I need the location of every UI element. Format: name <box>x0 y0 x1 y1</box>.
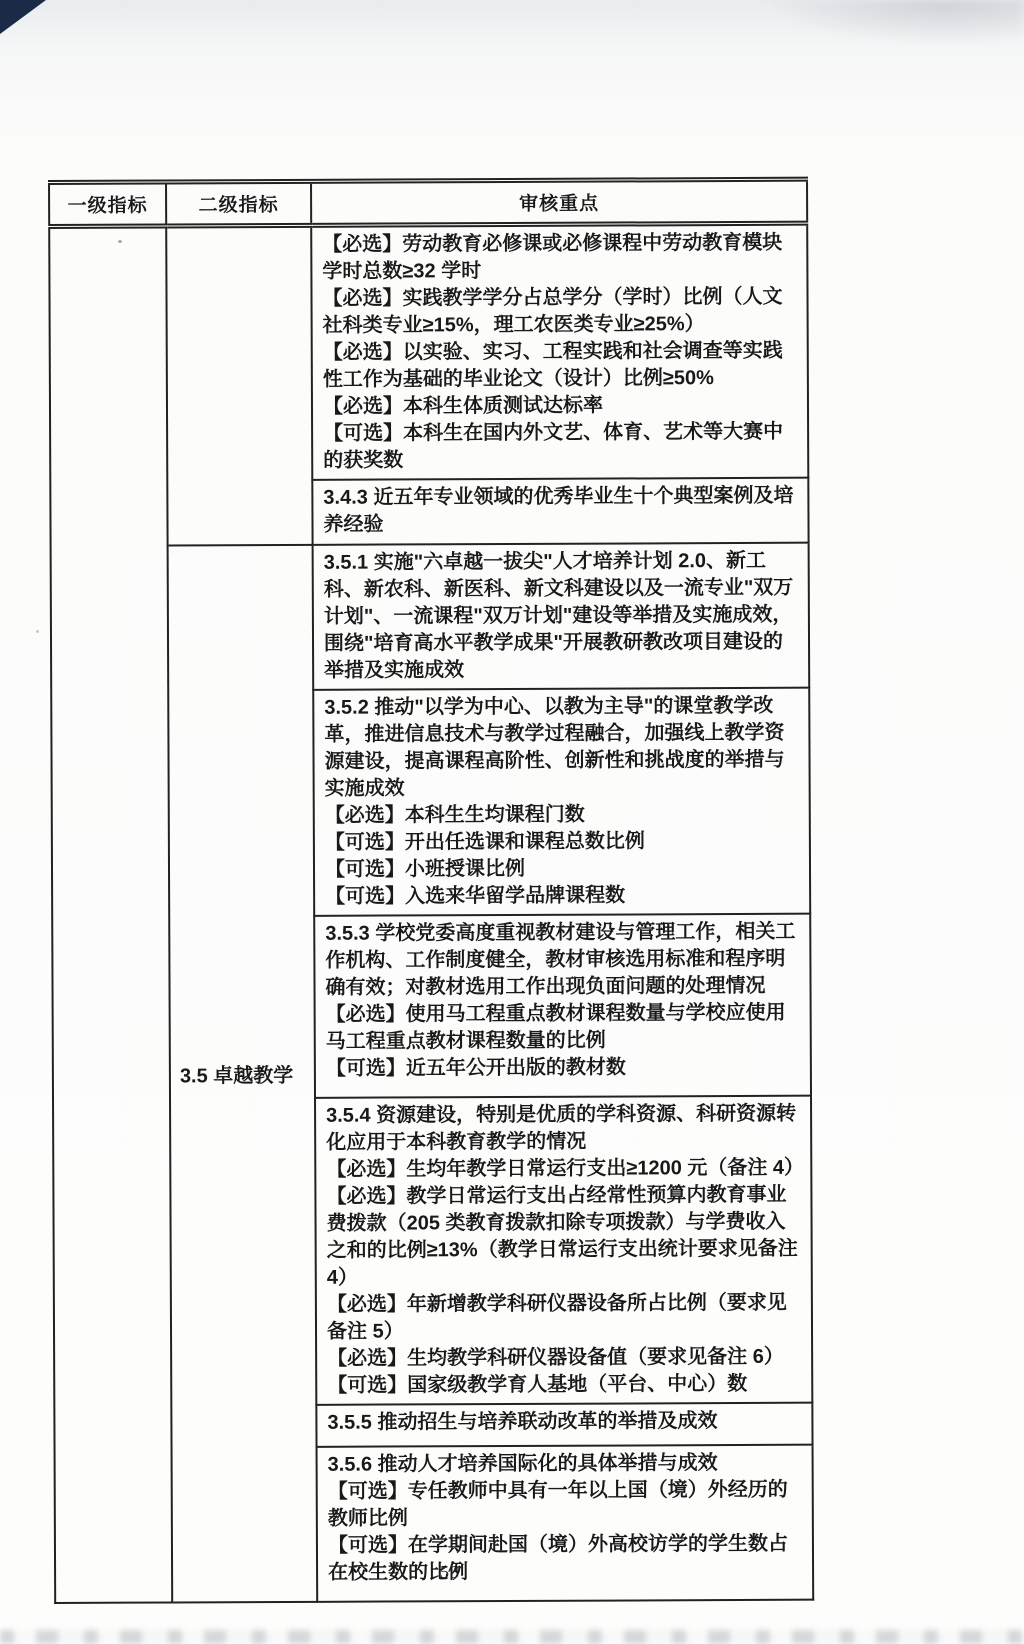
review-item: 【必选】使用马工程重点教材课程数量与学校应使用马工程重点教材课程数量的比例 <box>326 1000 802 1056</box>
review-focus-cell: 3.4.3 近五年专业领域的优秀毕业生十个典型案例及培养经验 <box>312 478 808 545</box>
review-focus-cell: 3.5.6 推动人才培养国际化的具体举措与成效 【可选】专任教师中具有一年以上国… <box>317 1445 814 1602</box>
table-header-row: 一级指标 二级指标 审核重点 <box>49 179 807 226</box>
review-item: 3.4.3 近五年专业领域的优秀毕业生十个典型案例及培养经验 <box>323 483 799 539</box>
review-item: 3.5.1 实施"六卓越一拔尖"人才培养计划 2.0、新工科、新农科、新医科、新… <box>324 548 801 685</box>
review-item: 3.5.5 推动招生与培养联动改革的举措及成效 <box>327 1408 803 1437</box>
table-row: 【必选】劳动教育必修课或必修课程中劳动教育模块学时总数≥32 学时 【必选】实践… <box>49 223 808 481</box>
page-number: 53 <box>430 1562 470 1583</box>
review-item: 【可选】近五年公开出版的教材数 <box>326 1054 802 1083</box>
review-item: 【可选】入选来华留学品牌课程数 <box>325 882 801 911</box>
review-item: 【可选】本科生在国内外文艺、体育、艺术等大赛中的获奖数 <box>323 419 799 475</box>
secondary-indicator-cell-3-5: 3.5 卓越教学 <box>168 545 318 1603</box>
review-item: 【必选】本科生生均课程门数 <box>325 801 801 830</box>
review-item: 【必选】实践教学学分占总学分（学时）比例（人文社科类专业≥15%，理工农医类专业… <box>322 284 798 340</box>
review-item: 【可选】国家级教学育人基地（平台、中心）数 <box>327 1371 803 1400</box>
review-item: 【可选】专任教师中具有一年以上国（境）外经历的教师比例 <box>328 1477 804 1533</box>
review-item: 3.5.4 资源建设，特别是优质的学科资源、科研资源转化应用于本科教育教学的情况 <box>326 1101 802 1157</box>
review-item: 【必选】以实验、实习、工程实践和社会调查等实践性工作为基础的毕业论文（设计）比例… <box>323 338 799 394</box>
evaluation-indicator-table: 一级指标 二级指标 审核重点 【必选】劳动教育必修课或必修课程中劳动教育模块学时… <box>48 177 814 1604</box>
review-item: 【可选】在学期间赴国（境）外高校访学的学生数占在校生数的比例 <box>328 1531 804 1587</box>
review-item: 3.5.2 推动"以学为中心、以教为主导"的课堂教学改革，推进信息技术与教学过程… <box>324 693 800 803</box>
review-focus-cell: 3.5.3 学校党委高度重视教材建设与管理工作，相关工作机构、工作制度健全，教材… <box>314 914 811 1098</box>
review-focus-cell: 3.5.4 资源建设，特别是优质的学科资源、科研资源转化应用于本科教育教学的情况… <box>315 1096 812 1405</box>
secondary-indicator-cell-continued <box>166 225 312 545</box>
scan-corner-fold-artifact <box>0 0 46 34</box>
review-item: 3.5.3 学校党委高度重视教材建设与管理工作，相关工作机构、工作制度健全，教材… <box>325 919 801 1002</box>
review-item: 【必选】年新增教学科研仪器设备所占比例（要求见备注 5） <box>327 1290 803 1346</box>
scan-top-smudge-artifact <box>764 0 1024 46</box>
review-item: 【可选】开出任选课和课程总数比例 <box>325 828 801 857</box>
review-focus-cell: 【必选】劳动教育必修课或必修课程中劳动教育模块学时总数≥32 学时 【必选】实践… <box>311 223 808 480</box>
review-item: 【可选】小班授课比例 <box>325 855 801 884</box>
review-focus-cell: 3.5.5 推动招生与培养联动改革的举措及成效 <box>316 1403 812 1447</box>
header-secondary-indicator: 二级指标 <box>166 181 311 226</box>
scan-speck <box>36 630 39 633</box>
primary-indicator-cell <box>49 226 172 1603</box>
review-item: 【必选】本科生体质测试达标率 <box>323 392 799 421</box>
review-item: 【必选】生均年教学日常运行支出≥1200 元（备注 4） <box>326 1155 802 1184</box>
review-item: 【必选】教学日常运行支出占经常性预算内教育事业费拨款（205 类教育拨款扣除专项… <box>326 1182 802 1292</box>
review-focus-cell: 3.5.2 推动"以学为中心、以教为主导"的课堂教学改革，推进信息技术与教学过程… <box>313 688 810 916</box>
scan-bottom-edge-artifact <box>0 1630 1024 1644</box>
header-primary-indicator: 一级指标 <box>49 182 166 227</box>
header-review-focus: 审核重点 <box>311 179 807 225</box>
review-item: 【必选】劳动教育必修课或必修课程中劳动教育模块学时总数≥32 学时 <box>322 230 798 286</box>
review-focus-cell: 3.5.1 实施"六卓越一拔尖"人才培养计划 2.0、新工科、新农科、新医科、新… <box>313 543 810 690</box>
indicator-table: 一级指标 二级指标 审核重点 【必选】劳动教育必修课或必修课程中劳动教育模块学时… <box>48 177 814 1604</box>
review-item: 3.5.6 推动人才培养国际化的具体举措与成效 <box>328 1450 804 1479</box>
review-item: 【必选】生均教学科研仪器设备值（要求见备注 6） <box>327 1344 803 1373</box>
